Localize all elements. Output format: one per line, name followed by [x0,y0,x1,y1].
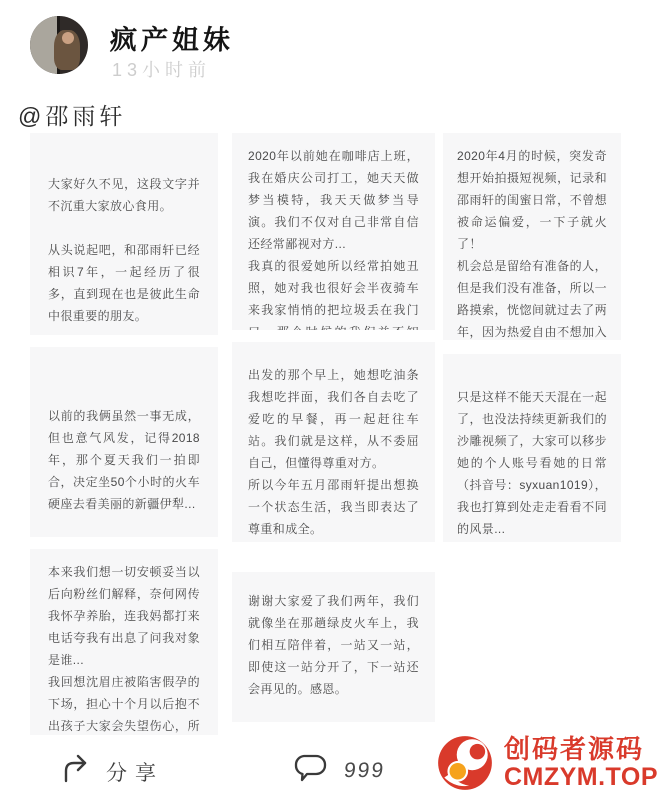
text-image-card-5[interactable]: 出发的那个早上，她想吃油条我想吃拌面，我们各自去吃了爱吃的早餐，再一起赶往车站。… [232,342,435,542]
mention-link[interactable]: @邵雨轩 [18,98,126,131]
card-paragraph: 从头说起吧，和邵雨轩已经相识7年，一起经历了很多，直到现在也是彼此生命中很重要的… [48,239,200,327]
card-paragraph: 2020年以前她在咖啡店上班，我在婚庆公司打工，她天天做梦当模特，我天天做梦当导… [248,145,419,255]
text-image-card-1[interactable]: 大家好久不见，这段文字并不沉重大家放心食用。 从头说起吧，和邵雨轩已经相识7年，… [30,133,218,335]
share-button[interactable]: 分享 [58,752,164,791]
card-paragraph: 大家好久不见，这段文字并不沉重大家放心食用。 [48,173,200,217]
card-paragraph: 所以今年五月邵雨轩提出想换一个状态生活，我当即表达了尊重和成全。 [248,474,419,540]
text-image-card-2[interactable]: 以前的我俩虽然一事无成，但也意气风发，记得2018年，那个夏天我们一拍即合，决定… [30,347,218,537]
card-paragraph: 以前的我俩虽然一事无成，但也意气风发，记得2018年，那个夏天我们一拍即合，决定… [48,405,200,515]
card-paragraph: 2020年4月的时候，突发奇想开始拍摄短视频，记录和邵雨轩的闺蜜日常，不曾想被命… [457,145,607,255]
card-paragraph: 只是这样不能天天混在一起了，也没法持续更新我们的沙雕视频了，大家可以移步她的个人… [457,386,607,540]
text-image-card-7[interactable]: 2020年4月的时候，突发奇想开始拍摄短视频，记录和邵雨轩的闺蜜日常，不曾想被命… [443,133,621,340]
comment-button[interactable]: 999 [292,752,385,789]
comment-count: 999 [343,759,387,783]
action-bar: 分享 999 [0,744,666,800]
card-paragraph: 我回想沈眉庄被陷害假孕的下场，担心十个月以后抱不出孩子大家会失望伤心，所以跟邵雨… [48,671,200,735]
card-paragraph: 谢谢大家爱了我们两年，我们就像坐在那趟绿皮火车上，我们相互陪伴着，一站又一站，即… [248,590,419,700]
share-label: 分享 [106,757,164,787]
text-image-card-3[interactable]: 本来我们想一切安顿妥当以后向粉丝们解释，奈何网传我怀孕养胎，连我妈都打来电话夸我… [30,549,218,735]
username[interactable]: 疯产姐妹 [109,18,234,57]
grid-column-2: 2020年以前她在咖啡店上班，我在婚庆公司打工，她天天做梦当模特，我天天做梦当导… [232,133,435,722]
text-image-card-8[interactable]: 只是这样不能天天混在一起了，也没法持续更新我们的沙雕视频了，大家可以移步她的个人… [443,354,621,542]
comment-bubble-icon [292,752,330,789]
share-arrow-icon [58,752,92,791]
post-timestamp: 13小时前 [112,56,211,82]
card-paragraph: 本来我们想一切安顿妥当以后向粉丝们解释，奈何网传我怀孕养胎，连我妈都打来电话夸我… [48,561,200,671]
card-paragraph: 我真的很爱她所以经常拍她丑照，她对我也很好会半夜骑车来我家悄悄的把垃圾丢在我门口… [248,255,419,330]
card-paragraph: 出发的那个早上，她想吃油条我想吃拌面，我们各自去吃了爱吃的早餐，再一起赶往车站。… [248,364,419,474]
avatar[interactable] [30,16,88,74]
grid-column-1: 大家好久不见，这段文字并不沉重大家放心食用。 从头说起吧，和邵雨轩已经相识7年，… [30,133,218,735]
attachment-grid: 大家好久不见，这段文字并不沉重大家放心食用。 从头说起吧，和邵雨轩已经相识7年，… [30,133,621,735]
card-paragraph: 机会总是留给有准备的人，但是我们没有准备，所以一路摸索，恍惚间就过去了两年，因为… [457,255,607,340]
avatar-wall-area [30,16,57,74]
grid-column-3: 2020年4月的时候，突发奇想开始拍摄短视频，记录和邵雨轩的闺蜜日常，不曾想被命… [443,133,621,542]
text-image-card-4[interactable]: 2020年以前她在咖啡店上班，我在婚庆公司打工，她天天做梦当模特，我天天做梦当导… [232,133,435,330]
post-header: 疯产姐妹 13小时前 @邵雨轩 [30,12,646,122]
text-image-card-6[interactable]: 谢谢大家爱了我们两年，我们就像坐在那趟绿皮火车上，我们相互陪伴着，一站又一站，即… [232,572,435,722]
avatar-face [62,32,74,44]
